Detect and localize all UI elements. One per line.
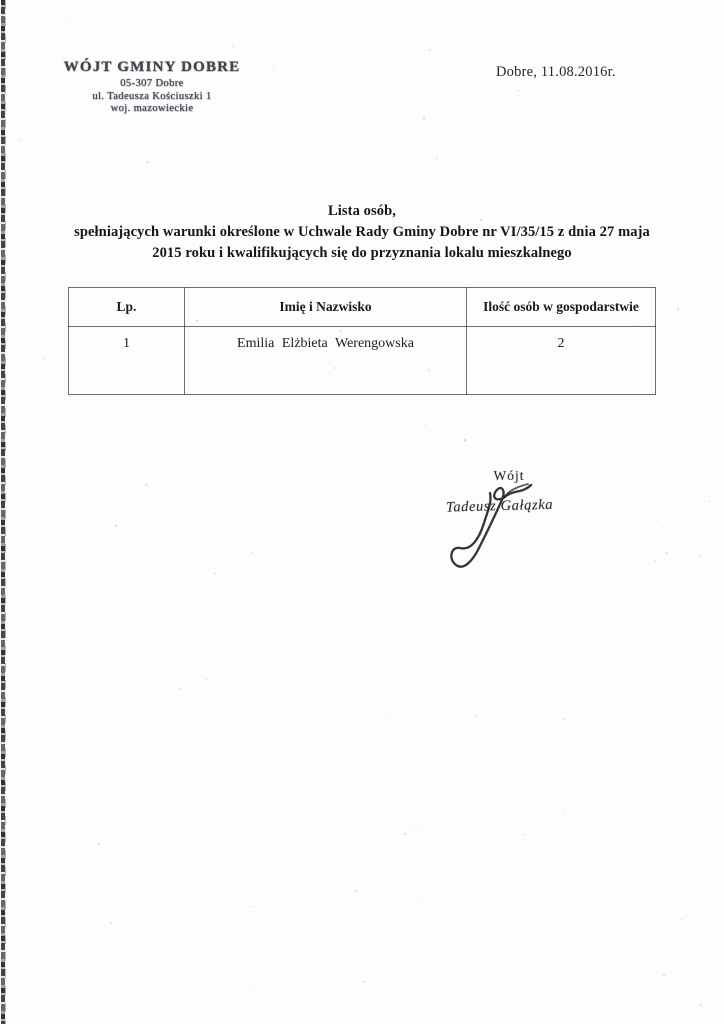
scan-noise-speck (408, 545, 409, 546)
scan-noise-speck (414, 698, 415, 699)
scan-noise-speck (189, 655, 191, 657)
scan-noise-speck (69, 623, 70, 624)
scan-noise-speck (145, 484, 147, 486)
scan-noise-speck (423, 117, 425, 119)
scan-noise-speck (214, 573, 215, 574)
scan-noise-speck (264, 857, 265, 858)
scan-noise-speck (535, 506, 537, 508)
scan-noise-speck (123, 22, 124, 23)
scan-noise-speck (386, 714, 387, 715)
scan-noise-speck (184, 353, 186, 355)
scan-noise-speck (576, 895, 577, 896)
scan-noise-speck (694, 375, 695, 376)
scan-noise-speck (663, 527, 664, 528)
scan-noise-speck (334, 367, 336, 369)
document-date: Dobre, 11.08.2016r. (496, 64, 616, 81)
scan-noise-speck (251, 552, 253, 554)
scan-noise-speck (514, 182, 516, 184)
scan-noise-speck (709, 500, 711, 502)
scan-noise-speck (250, 906, 251, 907)
document-title: Lista osób, spełniających warunki określ… (38, 201, 686, 264)
scan-noise-speck (663, 974, 665, 976)
scan-noise-speck (253, 141, 254, 142)
cell-household-count: 2 (467, 327, 656, 395)
scan-noise-speck (106, 958, 107, 959)
scan-noise-speck (700, 1004, 702, 1006)
scan-noise-speck (654, 560, 656, 562)
scan-noise-speck (415, 826, 417, 828)
scan-noise-speck (250, 988, 252, 990)
scan-noise-speck (475, 715, 477, 717)
scan-noise-speck (324, 702, 325, 703)
title-line-1: Lista osób, (38, 201, 686, 222)
scan-noise-speck (64, 54, 65, 55)
scan-noise-speck (651, 587, 652, 588)
scan-noise-speck (211, 367, 212, 368)
scan-noise-speck (711, 426, 713, 428)
title-line-2: spełniających warunki określone w Uchwal… (38, 222, 686, 243)
scan-noise-speck (436, 157, 438, 159)
sender-stamp: WÓJT GMINY DOBRE 05-307 Dobre ul. Tadeus… (52, 59, 252, 116)
scan-noise-speck (146, 161, 148, 163)
scan-noise-speck (196, 320, 198, 322)
scan-noise-speck (562, 812, 564, 814)
scan-noise-speck (272, 68, 274, 70)
stamp-office-name: WÓJT GMINY DOBRE (52, 59, 252, 76)
scan-noise-speck (524, 834, 526, 836)
scan-noise-speck (698, 556, 700, 558)
scan-noise-speck (708, 700, 709, 701)
scan-noise-speck (110, 922, 112, 924)
scan-noise-speck (51, 1011, 52, 1012)
scan-noise-speck (386, 703, 387, 704)
scan-noise-speck (355, 890, 357, 892)
scan-noise-speck (563, 718, 565, 720)
cell-name: Emilia Elżbieta Werengowska (185, 327, 467, 395)
scan-noise-speck (375, 173, 376, 174)
scan-noise-speck (424, 424, 426, 426)
scan-noise-speck (662, 154, 663, 155)
scan-noise-speck (291, 842, 293, 844)
scan-noise-speck (712, 763, 713, 764)
scan-noise-speck (404, 833, 405, 834)
scan-noise-speck (232, 45, 234, 47)
scan-noise-speck (115, 525, 117, 527)
scan-noise-speck (455, 773, 457, 775)
scan-noise-speck (176, 50, 177, 51)
header-household-count: Ilość osób w gospodarstwie (467, 288, 656, 327)
scan-noise-speck (167, 436, 168, 437)
scan-noise-speck (428, 369, 430, 371)
scan-noise-speck (513, 710, 514, 711)
scan-noise-speck (398, 42, 399, 43)
scan-noise-speck (18, 139, 20, 141)
scan-noise-speck (276, 86, 277, 87)
header-lp: Lp. (69, 288, 185, 327)
scan-noise-speck (98, 843, 100, 845)
scan-noise-speck (193, 49, 194, 50)
scan-edge-artifact (1, 0, 5, 1024)
scan-noise-speck (652, 595, 653, 596)
scan-noise-speck (179, 688, 181, 690)
scan-noise-speck (29, 980, 30, 981)
scan-noise-speck (417, 897, 419, 899)
stamp-street: ul. Tadeusza Kościuszki 1 (52, 91, 252, 104)
table-row: 1 Emilia Elżbieta Werengowska 2 (69, 327, 656, 395)
scan-noise-speck (464, 439, 466, 441)
scan-noise-speck (480, 219, 482, 221)
scan-noise-speck (703, 136, 704, 137)
scan-noise-speck (287, 834, 288, 835)
scan-noise-speck (368, 976, 369, 977)
scan-noise-speck (206, 166, 207, 167)
scan-noise-speck (42, 358, 44, 360)
scan-noise-speck (174, 635, 175, 636)
scan-noise-speck (466, 813, 468, 815)
scan-noise-speck (468, 758, 469, 759)
handwritten-signature-scrawl (438, 460, 578, 582)
scan-noise-speck (495, 605, 496, 606)
scan-noise-speck (87, 738, 88, 739)
scanned-document-page: WÓJT GMINY DOBRE 05-307 Dobre ul. Tadeus… (0, 0, 724, 1024)
stamp-postal-code: 05-307 Dobre (52, 78, 252, 91)
scan-noise-speck (713, 663, 715, 665)
scan-noise-speck (294, 191, 295, 192)
scan-noise-speck (665, 552, 667, 554)
scan-noise-speck (390, 527, 391, 528)
scan-noise-speck (297, 802, 298, 803)
scan-noise-speck (686, 819, 688, 821)
scan-noise-speck (518, 90, 520, 92)
scan-noise-speck (69, 18, 70, 19)
scan-noise-speck (429, 49, 431, 51)
scan-noise-speck (562, 65, 563, 66)
scan-noise-speck (363, 981, 365, 983)
scan-noise-speck (677, 308, 679, 310)
scan-noise-speck (327, 977, 329, 979)
scan-noise-speck (496, 478, 498, 480)
scan-noise-speck (583, 548, 584, 549)
scan-noise-speck (485, 193, 486, 194)
scan-noise-speck (359, 876, 360, 877)
applicants-table: Lp. Imię i Nazwisko Ilość osób w gospoda… (68, 287, 656, 395)
scan-noise-speck (250, 542, 252, 544)
scan-noise-speck (668, 742, 670, 744)
scan-noise-speck (321, 584, 322, 585)
scan-noise-speck (428, 284, 430, 286)
scan-noise-speck (646, 657, 647, 658)
scan-noise-speck (382, 514, 383, 515)
cell-lp: 1 (69, 327, 185, 395)
scan-noise-speck (180, 466, 181, 467)
scan-noise-speck (241, 797, 242, 798)
header-name: Imię i Nazwisko (185, 288, 467, 327)
title-line-3: 2015 roku i kwalifikujących się do przyz… (38, 243, 686, 264)
table-header-row: Lp. Imię i Nazwisko Ilość osób w gospoda… (69, 288, 656, 327)
scan-noise-speck (180, 160, 182, 162)
stamp-voivodeship: woj. mazowieckie (52, 103, 252, 116)
scan-noise-speck (226, 932, 227, 933)
scan-noise-speck (129, 33, 130, 34)
scan-noise-speck (102, 374, 103, 375)
scan-noise-speck (86, 17, 87, 18)
scan-noise-speck (681, 919, 683, 921)
scan-noise-speck (206, 678, 208, 680)
